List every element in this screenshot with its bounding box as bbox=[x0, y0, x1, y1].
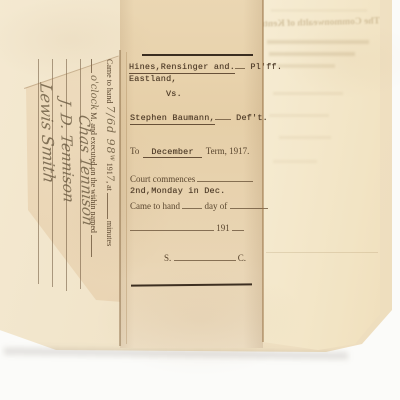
bleedthrough-smudge bbox=[277, 64, 335, 68]
bleedthrough-smudge bbox=[267, 40, 369, 44]
bleedthrough-smudge bbox=[269, 52, 355, 56]
bleedthrough-smudge bbox=[269, 114, 329, 117]
came-to-hand-label: Came to hand bbox=[105, 59, 114, 103]
blank-line bbox=[130, 222, 214, 231]
court-commences-label: Court commences bbox=[130, 174, 195, 184]
blank-line bbox=[215, 111, 231, 120]
term-month-value: December bbox=[143, 147, 201, 158]
bleedthrough-smudge bbox=[279, 136, 331, 139]
rule-heavy-top bbox=[142, 54, 253, 56]
horizontal-crease bbox=[266, 252, 378, 253]
paper-center-panel: Hines,Rensinger and. Pl'ff. Eastland, Vs… bbox=[120, 0, 263, 348]
signature-3: Lewis Smith bbox=[36, 82, 59, 185]
bleedthrough-smudge bbox=[273, 92, 343, 95]
defendant-line: Stephen Baumann, Def't. bbox=[130, 111, 268, 123]
plaintiff-line: Hines,Rensinger and. Pl'ff. bbox=[129, 60, 282, 72]
signature-2: J. D. Tennison bbox=[56, 98, 78, 204]
versus-label: Vs. bbox=[166, 89, 182, 99]
blank-line bbox=[182, 200, 202, 209]
letter-s-label: S. bbox=[164, 253, 171, 263]
blank-line bbox=[232, 222, 244, 231]
plaintiff-name: Hines,Rensinger and. bbox=[129, 62, 235, 74]
service-return-panel: Came to hand 7/6d 98w 1917, at minutes o… bbox=[25, 57, 117, 292]
letter-c-label: C. bbox=[238, 253, 246, 263]
service-return-rotated-text: Came to hand 7/6d 98w 1917, at minutes o… bbox=[25, 57, 117, 292]
court-commences-line: Court commences bbox=[130, 173, 253, 184]
scanned-court-document: The Commonwealth of Kentucky Hines,Rensi… bbox=[0, 0, 400, 400]
plaintiff-residence: Eastland, bbox=[129, 74, 177, 84]
fold-edge bbox=[262, 0, 264, 342]
paper-right-panel: The Commonwealth of Kentucky bbox=[263, 0, 385, 352]
blank-line bbox=[174, 252, 236, 261]
at-label: , at bbox=[105, 181, 114, 191]
defendant-name: Stephen Baumann, bbox=[130, 113, 215, 125]
term-line: To December Term, 1917. bbox=[130, 141, 249, 159]
came-to-hand-label: Came to hand bbox=[130, 201, 180, 211]
court-date-value: 2nd,Monday in Dec. bbox=[130, 186, 225, 196]
fold-crease bbox=[119, 50, 121, 346]
handwritten-date: 7/6d 98 bbox=[104, 105, 117, 154]
blank-line bbox=[91, 235, 100, 257]
handwritten-note: w bbox=[109, 155, 117, 161]
bleedthrough-smudge bbox=[273, 160, 317, 163]
day-of-label: day of bbox=[205, 201, 228, 211]
term-rest-label: Term, 1917. bbox=[206, 146, 250, 156]
blank-line bbox=[235, 60, 245, 69]
blank-line bbox=[197, 173, 253, 182]
year-prefix-label: 191 bbox=[105, 163, 114, 175]
handwritten-oclock: o'clock bbox=[88, 75, 99, 110]
year-line: 191 bbox=[130, 222, 244, 233]
came-to-hand-line: Came to hand day of bbox=[130, 200, 268, 211]
term-to-label: To bbox=[130, 146, 139, 156]
blank-line bbox=[107, 193, 116, 219]
year-prefix-label: 191 bbox=[216, 223, 230, 233]
bleedthrough-smudge bbox=[271, 10, 367, 11]
service-return-line1: Came to hand 7/6d 98w 1917, at minutes bbox=[104, 59, 117, 246]
plaintiff-label: Pl'ff. bbox=[250, 62, 282, 72]
officer-initials-line: S. C. bbox=[164, 252, 246, 263]
fold-crease bbox=[126, 52, 127, 344]
minutes-label: minutes bbox=[105, 221, 114, 246]
bleedthrough-header-text: The Commonwealth of Kentucky bbox=[263, 16, 380, 29]
